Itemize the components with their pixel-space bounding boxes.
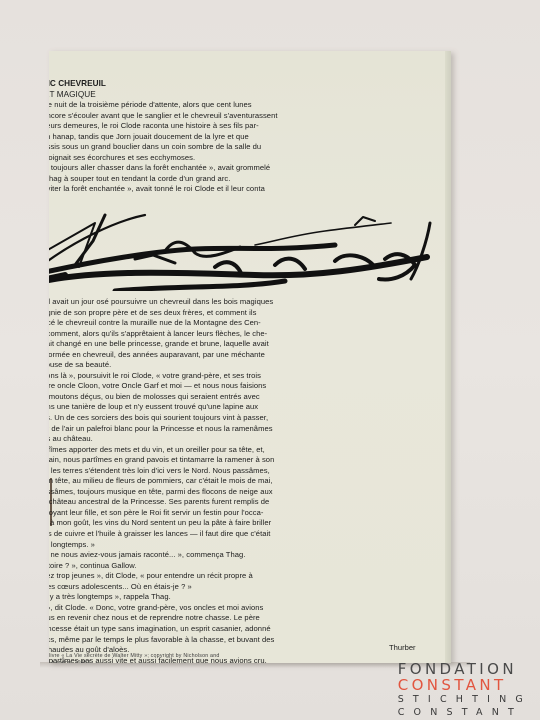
text-line: votre oncle Cloon, votre Oncle Garf et m… (49, 381, 446, 392)
text-line: son hanap, tandis que Jorn jouait doucem… (49, 132, 446, 143)
text-line: t, soignait ses écorchures et ses ecchym… (49, 153, 446, 164)
text-line: cles de cuivre et l'huile à graisser les… (49, 529, 446, 540)
text-line: étions là », poursuivit le roi Clode, « … (49, 371, 446, 382)
text-line: hecs, même par le temps le plus favorabl… (49, 635, 446, 646)
watermark-line-stichting: STICHTING (398, 693, 532, 706)
text-line: t encore s'écouler avant que le sanglier… (49, 111, 446, 122)
text-line: emain, nous partîmes en grand pavois et … (49, 455, 446, 466)
text-line: histoire ? », continua Gallow. (49, 561, 446, 572)
text-line: Princesse était un type sans imagination… (49, 624, 446, 635)
credit-line: Ltd, London, 1948.) (49, 660, 219, 664)
text-line: du château ancestral de la Princesse. Se… (49, 497, 446, 508)
watermark-line-constant-2: CONSTANT (398, 706, 532, 719)
text-line: Une nuit de la troisième période d'atten… (49, 100, 446, 111)
watermark-line-fondation: FONDATION (398, 661, 532, 677)
text-line: 'était changé en une belle princesse, gr… (49, 339, 446, 350)
article-subtitle: RET MAGIQUE (49, 90, 446, 101)
text-line: e en tête, au milieu de fleurs de pommie… (49, 476, 446, 487)
ink-scribble-drawing (49, 181, 451, 291)
text-line: de moutons déçus, ou bien de molosses qu… (49, 392, 446, 403)
text-line: étiez trop jeunes », dit Clode, « pour e… (49, 571, 446, 582)
booklet-page: ANC CHEVREUIL RET MAGIQUE Une nuit de la… (49, 51, 451, 663)
text-line: eut toujours aller chasser dans la forêt… (49, 163, 446, 174)
text-line: et comment, alors qu'ils s'apprêtaient à… (49, 329, 446, 340)
text-line: uoi ne nous aviez-vous jamais raconté...… (49, 550, 446, 561)
article-body: nt il avait un jour osé poursuivre un ch… (49, 297, 446, 663)
text-line: dans une tanière de loup et n'y eussent … (49, 402, 446, 413)
text-line: nous en revenir chez nous et de reprendr… (49, 613, 446, 624)
text-line: ses. Un de ces sorciers des bois qui sou… (49, 413, 446, 424)
watermark-line-constant: CONSTANT (398, 677, 532, 693)
body-paragraph: nt il avait un jour osé poursuivre un ch… (49, 297, 446, 663)
text-line: forcé le chevreuil contre la muraille nu… (49, 318, 446, 329)
text-line: nt il avait un jour osé poursuivre un ch… (49, 297, 446, 308)
text-line: it il y a très longtemps », rappela Thag… (49, 592, 446, 603)
text-line: passâmes, toujours musique en tête, parm… (49, 487, 446, 498)
text-line: ui », dit Clode. « Donc, votre grand-pèr… (49, 603, 446, 614)
text-line: lui fîmes apporter des mets et du vin, e… (49, 445, 446, 456)
article-title: ANC CHEVREUIL (49, 79, 446, 90)
text-line: e leurs demeures, le roi Clode raconta u… (49, 121, 446, 132)
text-line: rgir de l'air un palefroi blanc pour la … (49, 424, 446, 435)
author-signature: Thurber (389, 643, 416, 652)
text-line: ous au château. (49, 434, 446, 445)
text-line: rès longtemps. » (49, 540, 446, 551)
text-line: r des cœurs adolescents... Où en étais-j… (49, 582, 446, 593)
text-line: jalouse de sa beauté. (49, 360, 446, 371)
text-line: ais à mon goût, les vins du Nord sentent… (49, 518, 446, 529)
text-line: ont les terres s'étendent très loin d'ic… (49, 466, 446, 477)
fondation-constant-watermark: FONDATION CONSTANT STICHTING CONSTANT (398, 661, 532, 719)
text-line: pagnie de son propre père et de ses deux… (49, 308, 446, 319)
article-top: ANC CHEVREUIL RET MAGIQUE Une nuit de la… (49, 79, 446, 195)
text-line: nsformée en chevreuil, des années aupara… (49, 350, 446, 361)
credit-line: du livre « La Vie secrète de Walter Mitt… (49, 653, 219, 660)
text-line: , assis sous un grand bouclier dans un c… (49, 142, 446, 153)
text-line: revoyant leur fille, et son père le Roi … (49, 508, 446, 519)
copyright-credit: du livre « La Vie secrète de Walter Mitt… (49, 653, 219, 663)
